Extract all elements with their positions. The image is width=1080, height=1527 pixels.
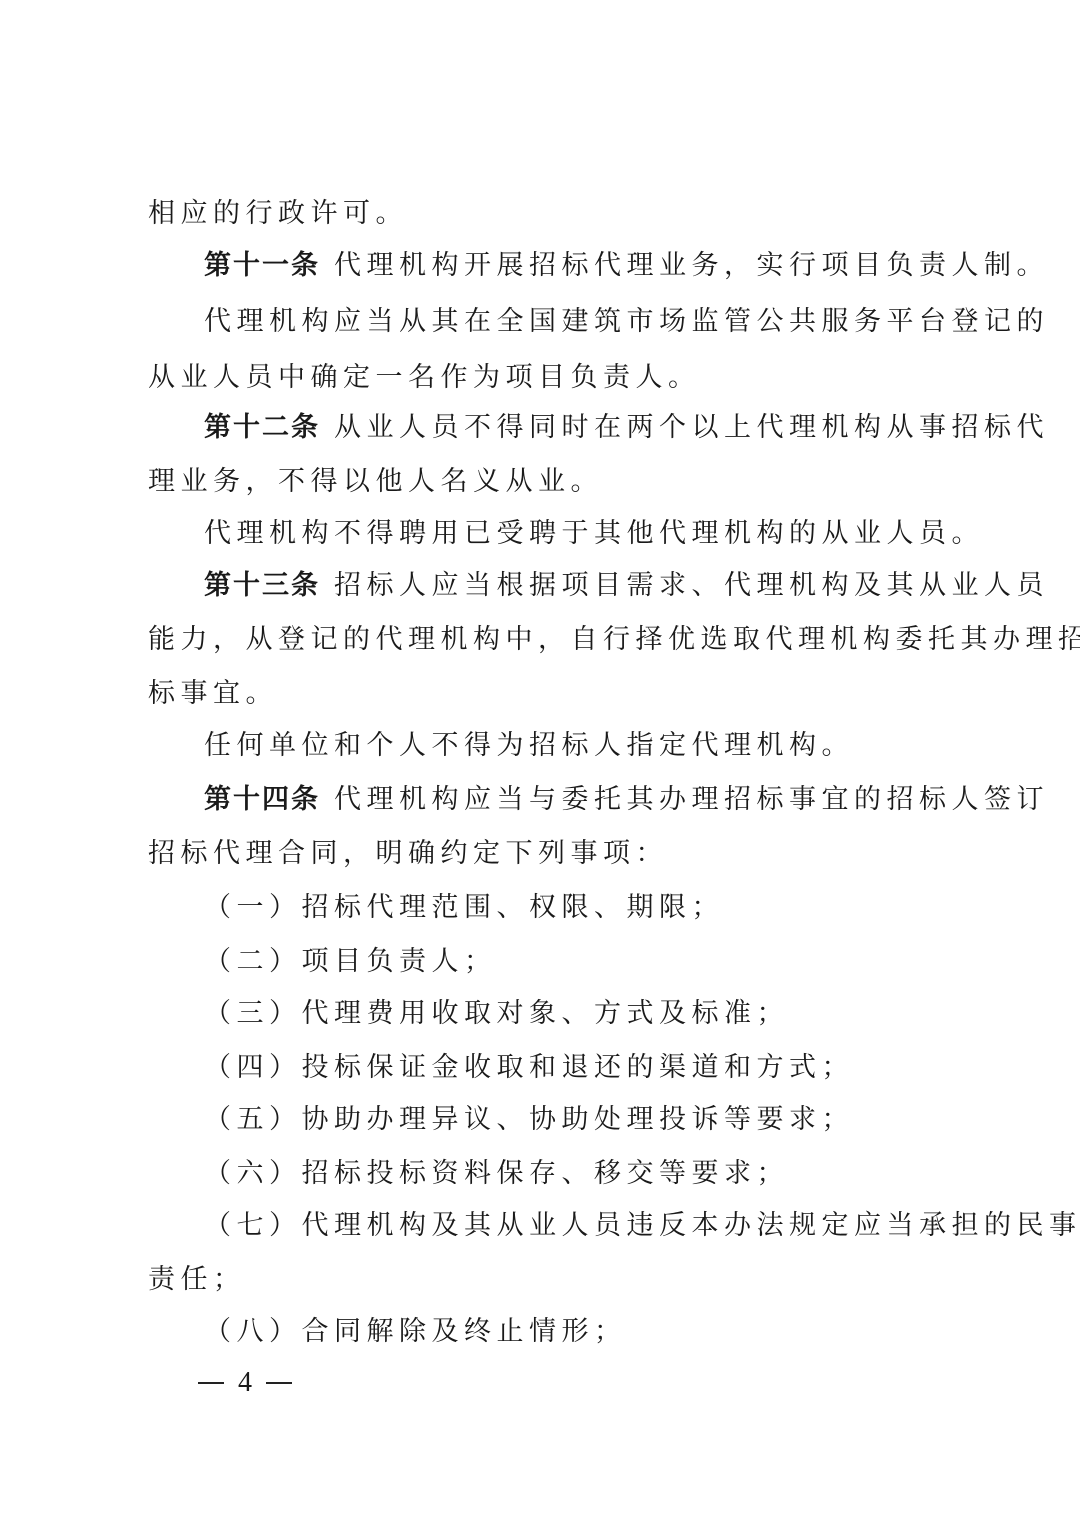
- text-line: 代理机构应当从其在全国建筑市场监管公共服务平台登记的: [204, 304, 1049, 340]
- list-item: （七）代理机构及其从业人员违反本办法规定应当承担的民事: [204, 1208, 1080, 1244]
- text-line: 代理机构不得聘用已受聘于其他代理机构的从业人员。: [204, 516, 984, 552]
- list-item: （三）代理费用收取对象、方式及标准；: [204, 996, 789, 1032]
- article-heading: 第十三条: [204, 570, 320, 601]
- text-line: 理业务，不得以他人名义从业。: [148, 464, 603, 500]
- text-line: 任何单位和个人不得为招标人指定代理机构。: [204, 728, 854, 764]
- text-line: 标事宜。: [148, 676, 278, 712]
- article-12: 第十二条从业人员不得同时在两个以上代理机构从事招标代: [204, 410, 1049, 446]
- text-line: 从业人员中确定一名作为项目负责人。: [148, 360, 701, 396]
- page-number: 4: [198, 1365, 292, 1401]
- text-line: 能力，从登记的代理机构中，自行择优选取代理机构委托其办理招: [148, 622, 1080, 658]
- article-11: 第十一条代理机构开展招标代理业务，实行项目负责人制。: [204, 248, 1049, 284]
- article-heading: 第十二条: [204, 412, 320, 443]
- list-item: （一）招标代理范围、权限、期限；: [204, 890, 724, 926]
- article-heading: 第十一条: [204, 250, 320, 281]
- text-line: 相应的行政许可。: [148, 196, 408, 232]
- article-13: 第十三条招标人应当根据项目需求、代理机构及其从业人员: [204, 568, 1049, 604]
- text-line: 招标代理合同，明确约定下列事项：: [148, 836, 668, 872]
- document-page: 相应的行政许可。 第十一条代理机构开展招标代理业务，实行项目负责人制。 代理机构…: [0, 0, 1080, 1527]
- dash-left: [198, 1382, 224, 1384]
- list-item: （二）项目负责人；: [204, 944, 497, 980]
- dash-right: [266, 1382, 292, 1384]
- list-item: （五）协助办理异议、协助处理投诉等要求；: [204, 1102, 854, 1138]
- article-heading: 第十四条: [204, 784, 320, 815]
- list-item: （六）招标投标资料保存、移交等要求；: [204, 1156, 789, 1192]
- list-item: （四）投标保证金收取和退还的渠道和方式；: [204, 1050, 854, 1086]
- article-14: 第十四条代理机构应当与委托其办理招标事宜的招标人签订: [204, 782, 1049, 818]
- list-item: （八）合同解除及终止情形；: [204, 1314, 627, 1350]
- text-line: 责任；: [148, 1262, 246, 1298]
